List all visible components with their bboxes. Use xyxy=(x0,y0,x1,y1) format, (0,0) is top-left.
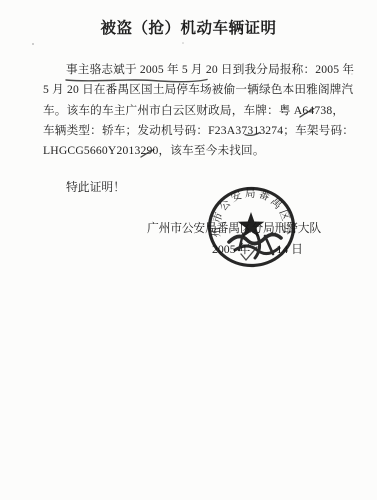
closing-statement: 特此证明！ xyxy=(66,177,125,197)
body-paragraph: 事主骆志斌于 2005 年 5 月 20 日到我分局报称：2005 年 5 月 … xyxy=(43,60,320,161)
official-stamp: 广州市公安局番禺区分局 xyxy=(205,186,298,270)
body-line: 车辆类型：轿车；发动机号码：F23A37313274；车架号码： xyxy=(43,121,320,141)
page-title: 被盗（抢）机动车辆证明 xyxy=(0,16,377,42)
body-line: 5 月 20 日在番禺区国土局停车场被偷一辆绿色本田雅阁牌汽 xyxy=(43,80,320,100)
handwritten-scribble xyxy=(229,234,281,258)
star-icon xyxy=(238,212,265,237)
scan-speck xyxy=(32,43,34,45)
scan-speck xyxy=(182,42,184,44)
certificate-document: 被盗（抢）机动车辆证明 事主骆志斌于 2005 年 5 月 20 日到我分局报称… xyxy=(0,0,377,500)
body-line: LHGCG5660Y2013290，该车至今未找回。 xyxy=(43,141,320,161)
body-line: 车。该车的车主广州市白云区财政局，车牌：粤 A64738， xyxy=(43,101,320,121)
body-line: 事主骆志斌于 2005 年 5 月 20 日到我分局报称：2005 年 xyxy=(43,60,320,80)
